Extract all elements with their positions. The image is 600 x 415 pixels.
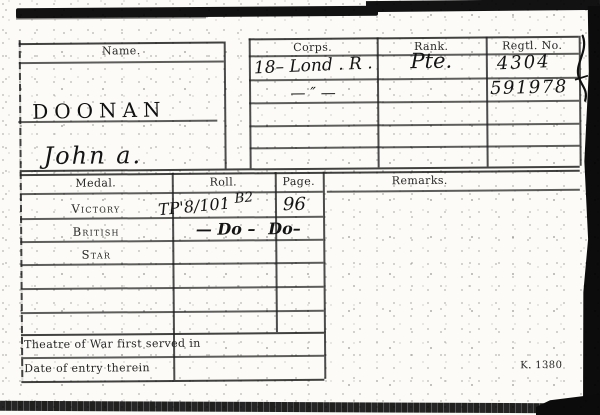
table-rule	[19, 61, 224, 64]
medal-index-card-scan: Name. Corps. Rank. Regtl. No. Medal. Rol…	[0, 0, 600, 415]
victory-roll-sup: B2	[234, 189, 254, 207]
surname-entry: DOONAN	[32, 97, 167, 123]
form-number: K. 1380	[520, 360, 562, 371]
date-of-entry-label: Date of entry therein	[24, 361, 150, 375]
table-rule	[327, 189, 580, 192]
table-rule	[249, 123, 579, 127]
theatre-of-war-label: Theatre of War first served in	[24, 337, 201, 351]
table-rule	[323, 172, 326, 379]
corps-ditto-entry: — ″ —	[249, 83, 377, 102]
british-page-ditto: Do–	[268, 219, 301, 238]
corps-entry: 18– Lond . R .	[254, 53, 373, 78]
forenames-entry: John a.	[43, 141, 142, 170]
victory-page-entry: 96	[283, 194, 306, 215]
medal-label-star: Star	[20, 247, 172, 262]
corps-column-header: Corps.	[249, 40, 377, 54]
table-rule	[250, 145, 580, 149]
british-roll-ditto: — Do –	[178, 219, 273, 239]
victory-roll-main: TP'8/101	[157, 193, 230, 219]
roll-column-header: Roll.	[172, 175, 275, 189]
table-rule	[224, 42, 227, 169]
rank-entry: Pte.	[377, 48, 486, 73]
table-rule	[275, 172, 278, 332]
card-body: Name. Corps. Rank. Regtl. No. Medal. Rol…	[0, 0, 600, 415]
page-column-header: Page.	[275, 175, 323, 188]
medal-column-header: Medal.	[20, 176, 172, 190]
pen-flourish-mark	[555, 34, 592, 104]
medal-label-victory: Victory	[20, 201, 172, 216]
name-column-header: Name.	[19, 44, 224, 59]
remarks-header: Remarks.	[355, 174, 485, 188]
regt-no-entry-1: 4304	[496, 51, 551, 74]
medal-label-british: British	[20, 224, 172, 239]
